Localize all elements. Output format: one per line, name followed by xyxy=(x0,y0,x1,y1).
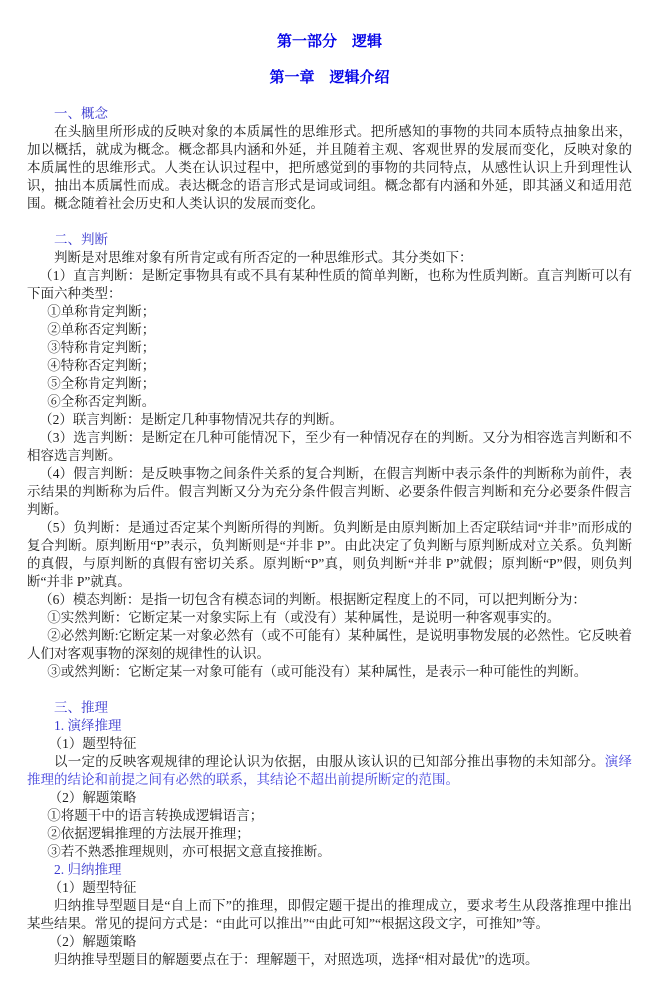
document-body: 第一部分 逻辑第一章 逻辑介绍一、概念在头脑里所形成的反映对象的本质属性的思维形… xyxy=(27,33,632,969)
list-item: ①将题干中的语言转换成逻辑语言； xyxy=(27,807,632,825)
list-item: ⑥全称否定判断。 xyxy=(27,393,632,411)
list-item: ①单称肯定判断； xyxy=(27,303,632,321)
list-item: ③或然判断：它断定某一对象可能有（或可能没有）某种属性，是表示一种可能性的判断。 xyxy=(27,663,632,681)
list-item: （3）选言判断：是断定在几种可能情况下，至少有一种情况存在的判断。又分为相容选言… xyxy=(27,429,632,465)
part-title: 第一部分 逻辑 xyxy=(27,33,632,51)
list-item: ③特称肯定判断； xyxy=(27,339,632,357)
list-item: （2）解题策略 xyxy=(27,789,632,807)
list-item: ③若不熟悉推理规则，亦可根据文意直接推断。 xyxy=(27,843,632,861)
section-heading: 三、推理 xyxy=(27,699,632,717)
body-text: 以一定的反映客观规律的理论认识为依据，由服从该认识的已知部分推出事物的未知部分。 xyxy=(54,754,605,769)
list-item: （5）负判断：是通过否定某个判断所得的判断。负判断是由原判断加上否定联结词“并非… xyxy=(27,519,632,591)
chapter-title: 第一章 逻辑介绍 xyxy=(27,69,632,87)
list-item: （4）假言判断：是反映事物之间条件关系的复合判断，在假言判断中表示条件的判断称为… xyxy=(27,465,632,519)
list-item: ④特称否定判断； xyxy=(27,357,632,375)
document-page: 第一部分 逻辑第一章 逻辑介绍一、概念在头脑里所形成的反映对象的本质属性的思维形… xyxy=(0,0,660,984)
subsection-heading: 1. 演绎推理 xyxy=(27,717,632,735)
section-heading: 一、概念 xyxy=(27,105,632,123)
list-item: ②依据逻辑推理的方法展开推理； xyxy=(27,825,632,843)
list-item: （1）题型特征 xyxy=(27,735,632,753)
paragraph: 归纳推导型题目是“自上而下”的推理，即假定题干提出的推理成立，要求考生从段落推理… xyxy=(27,897,632,933)
list-item: ⑤全称肯定判断； xyxy=(27,375,632,393)
paragraph: 以一定的反映客观规律的理论认识为依据，由服从该认识的已知部分推出事物的未知部分。… xyxy=(27,753,632,789)
list-item: （1）题型特征 xyxy=(27,879,632,897)
paragraph: 归纳推导型题目的解题要点在于：理解题干，对照选项，选择“相对最优”的选项。 xyxy=(27,951,632,969)
list-item: ②必然判断:它断定某一对象必然有（或不可能有）某种属性，是说明事物发展的必然性。… xyxy=(27,627,632,663)
paragraph: 在头脑里所形成的反映对象的本质属性的思维形式。把所感知的事物的共同本质特点抽象出… xyxy=(27,123,632,213)
section-heading: 二、判断 xyxy=(27,231,632,249)
list-item: ②单称否定判断； xyxy=(27,321,632,339)
list-item: （2）联言判断：是断定几种事物情况共存的判断。 xyxy=(27,411,632,429)
list-item: ①实然判断：它断定某一对象实际上有（或没有）某种属性，是说明一种客观事实的。 xyxy=(27,609,632,627)
paragraph: 判断是对思维对象有所肯定或有所否定的一种思维形式。其分类如下： xyxy=(27,249,632,267)
list-item: （1）直言判断：是断定事物具有或不具有某种性质的简单判断，也称为性质判断。直言判… xyxy=(27,267,632,303)
list-item: （2）解题策略 xyxy=(27,933,632,951)
subsection-heading: 2. 归纳推理 xyxy=(27,861,632,879)
list-item: （6）模态判断：是指一切包含有模态词的判断。根据断定程度上的不同，可以把判断分为… xyxy=(27,591,632,609)
